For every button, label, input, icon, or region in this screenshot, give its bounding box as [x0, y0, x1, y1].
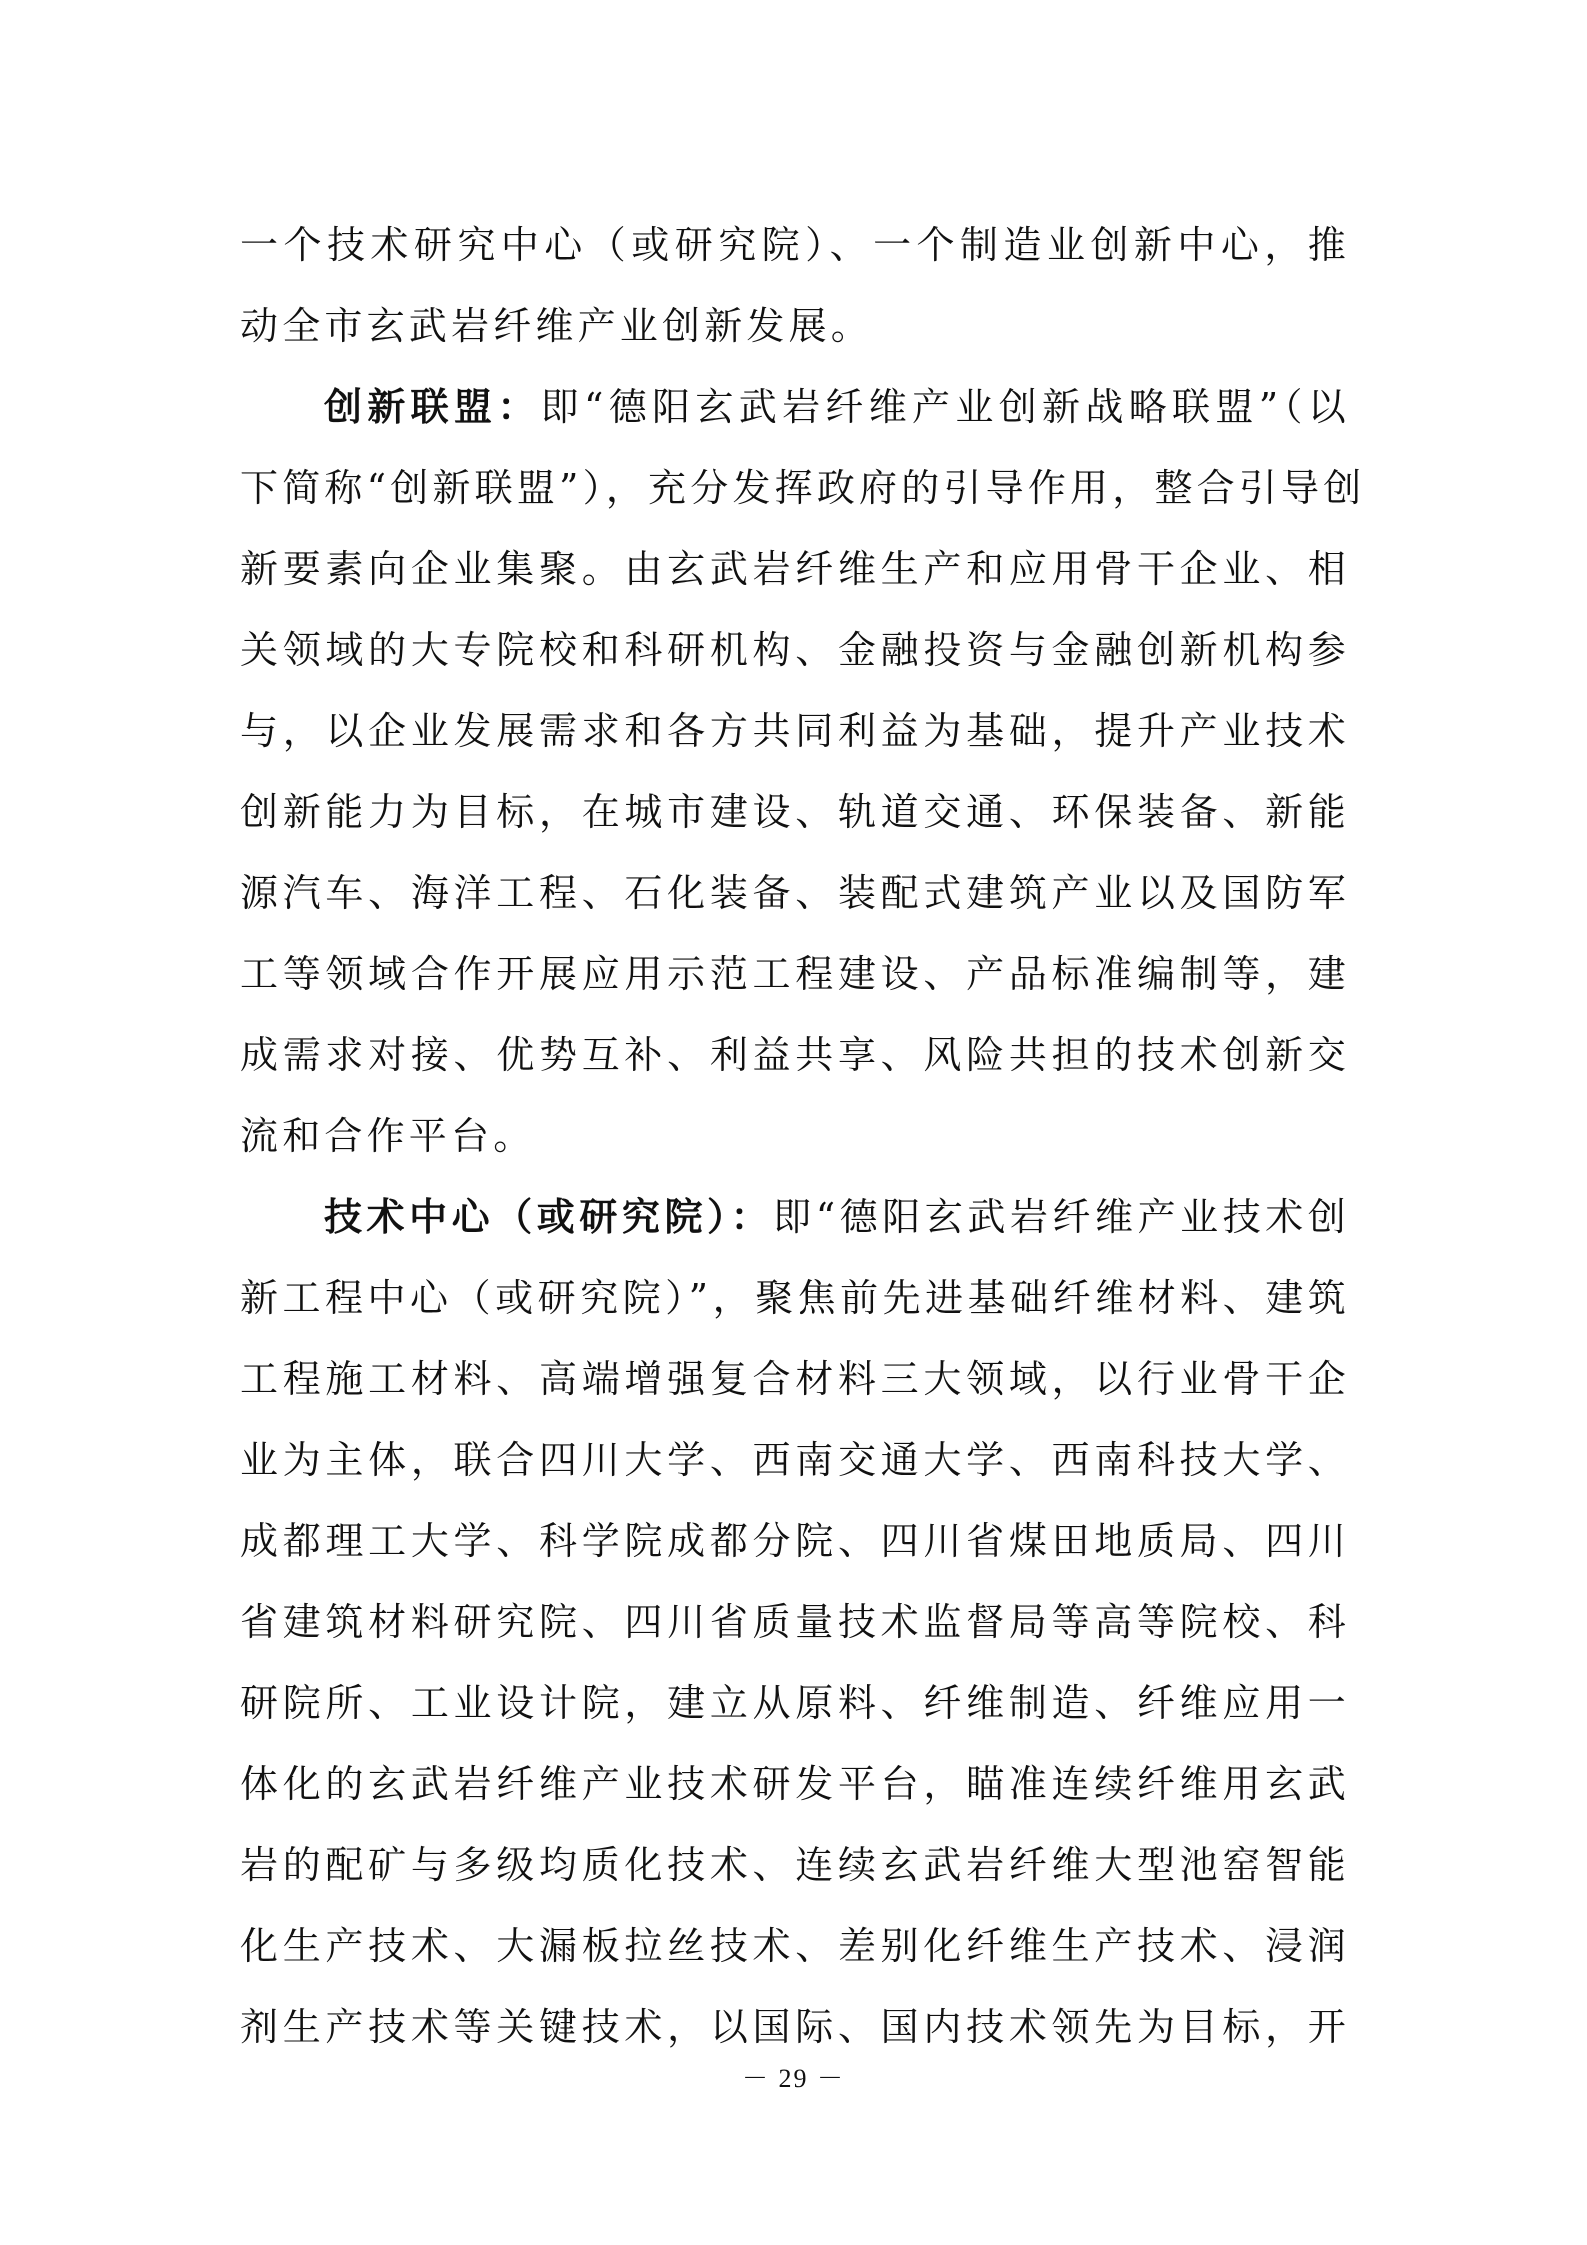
paragraph-innovation-alliance: 创新联盟：即“德阳玄武岩纤维产业创新战略联盟”（以 下简称“创新联盟”），充分发… [240, 367, 1350, 1177]
text-span: 即“德阳玄武岩纤维产业创新战略联盟”（以 [541, 385, 1350, 429]
term-heading: 技术中心（或研究院）： [324, 1195, 773, 1239]
text-line: 研院所、工业设计院，建立从原料、纤维制造、纤维应用一 [240, 1663, 1350, 1744]
text-line: 剂生产技术等关键技术，以国际、国内技术领先为目标，开 [240, 1987, 1350, 2068]
paragraph-continuation: 一个技术研究中心（或研究院）、一个制造业创新中心，推 动全市玄武岩纤维产业创新发… [240, 205, 1350, 367]
text-line: 体化的玄武岩纤维产业技术研发平台，瞄准连续纤维用玄武 [240, 1744, 1350, 1825]
text-line: 与，以企业发展需求和各方共同利益为基础，提升产业技术 [240, 691, 1350, 772]
text-line: 新要素向企业集聚。由玄武岩纤维生产和应用骨干企业、相 [240, 529, 1350, 610]
text-line: 源汽车、海洋工程、石化装备、装配式建筑产业以及国防军 [240, 853, 1350, 934]
text-line: 成都理工大学、科学院成都分院、四川省煤田地质局、四川 [240, 1501, 1350, 1582]
document-page: 一个技术研究中心（或研究院）、一个制造业创新中心，推 动全市玄武岩纤维产业创新发… [0, 0, 1587, 2245]
text-line: 工程施工材料、高端增强复合材料三大领域，以行业骨干企 [240, 1339, 1350, 1420]
text-line: 成需求对接、优势互补、利益共享、风险共担的技术创新交 [240, 1015, 1350, 1096]
text-line: 新工程中心（或研究院）”，聚焦前先进基础纤维材料、建筑 [240, 1258, 1350, 1339]
text-line: 省建筑材料研究院、四川省质量技术监督局等高等院校、科 [240, 1582, 1350, 1663]
text-line: 创新联盟：即“德阳玄武岩纤维产业创新战略联盟”（以 [240, 367, 1350, 448]
paragraph-technology-center: 技术中心（或研究院）：即“德阳玄武岩纤维产业技术创 新工程中心（或研究院）”，聚… [240, 1177, 1350, 2068]
text-line: 业为主体，联合四川大学、西南交通大学、西南科技大学、 [240, 1420, 1350, 1501]
text-line: 工等领域合作开展应用示范工程建设、产品标准编制等，建 [240, 934, 1350, 1015]
text-line: 技术中心（或研究院）：即“德阳玄武岩纤维产业技术创 [240, 1177, 1350, 1258]
text-span: 即“德阳玄武岩纤维产业技术创 [773, 1195, 1350, 1239]
text-line: 化生产技术、大漏板拉丝技术、差别化纤维生产技术、浸润 [240, 1906, 1350, 1987]
text-line: 流和合作平台。 [240, 1096, 1350, 1177]
text-line: 岩的配矿与多级均质化技术、连续玄武岩纤维大型池窑智能 [240, 1825, 1350, 1906]
text-line: 下简称“创新联盟”），充分发挥政府的引导作用，整合引导创 [240, 448, 1350, 529]
term-heading: 创新联盟： [324, 385, 541, 429]
page-number: － 29 － [0, 2058, 1587, 2095]
text-line: 动全市玄武岩纤维产业创新发展。 [240, 286, 1350, 367]
text-line: 创新能力为目标，在城市建设、轨道交通、环保装备、新能 [240, 772, 1350, 853]
text-line: 关领域的大专院校和科研机构、金融投资与金融创新机构参 [240, 610, 1350, 691]
text-line: 一个技术研究中心（或研究院）、一个制造业创新中心，推 [240, 205, 1350, 286]
document-body: 一个技术研究中心（或研究院）、一个制造业创新中心，推 动全市玄武岩纤维产业创新发… [240, 205, 1350, 2068]
